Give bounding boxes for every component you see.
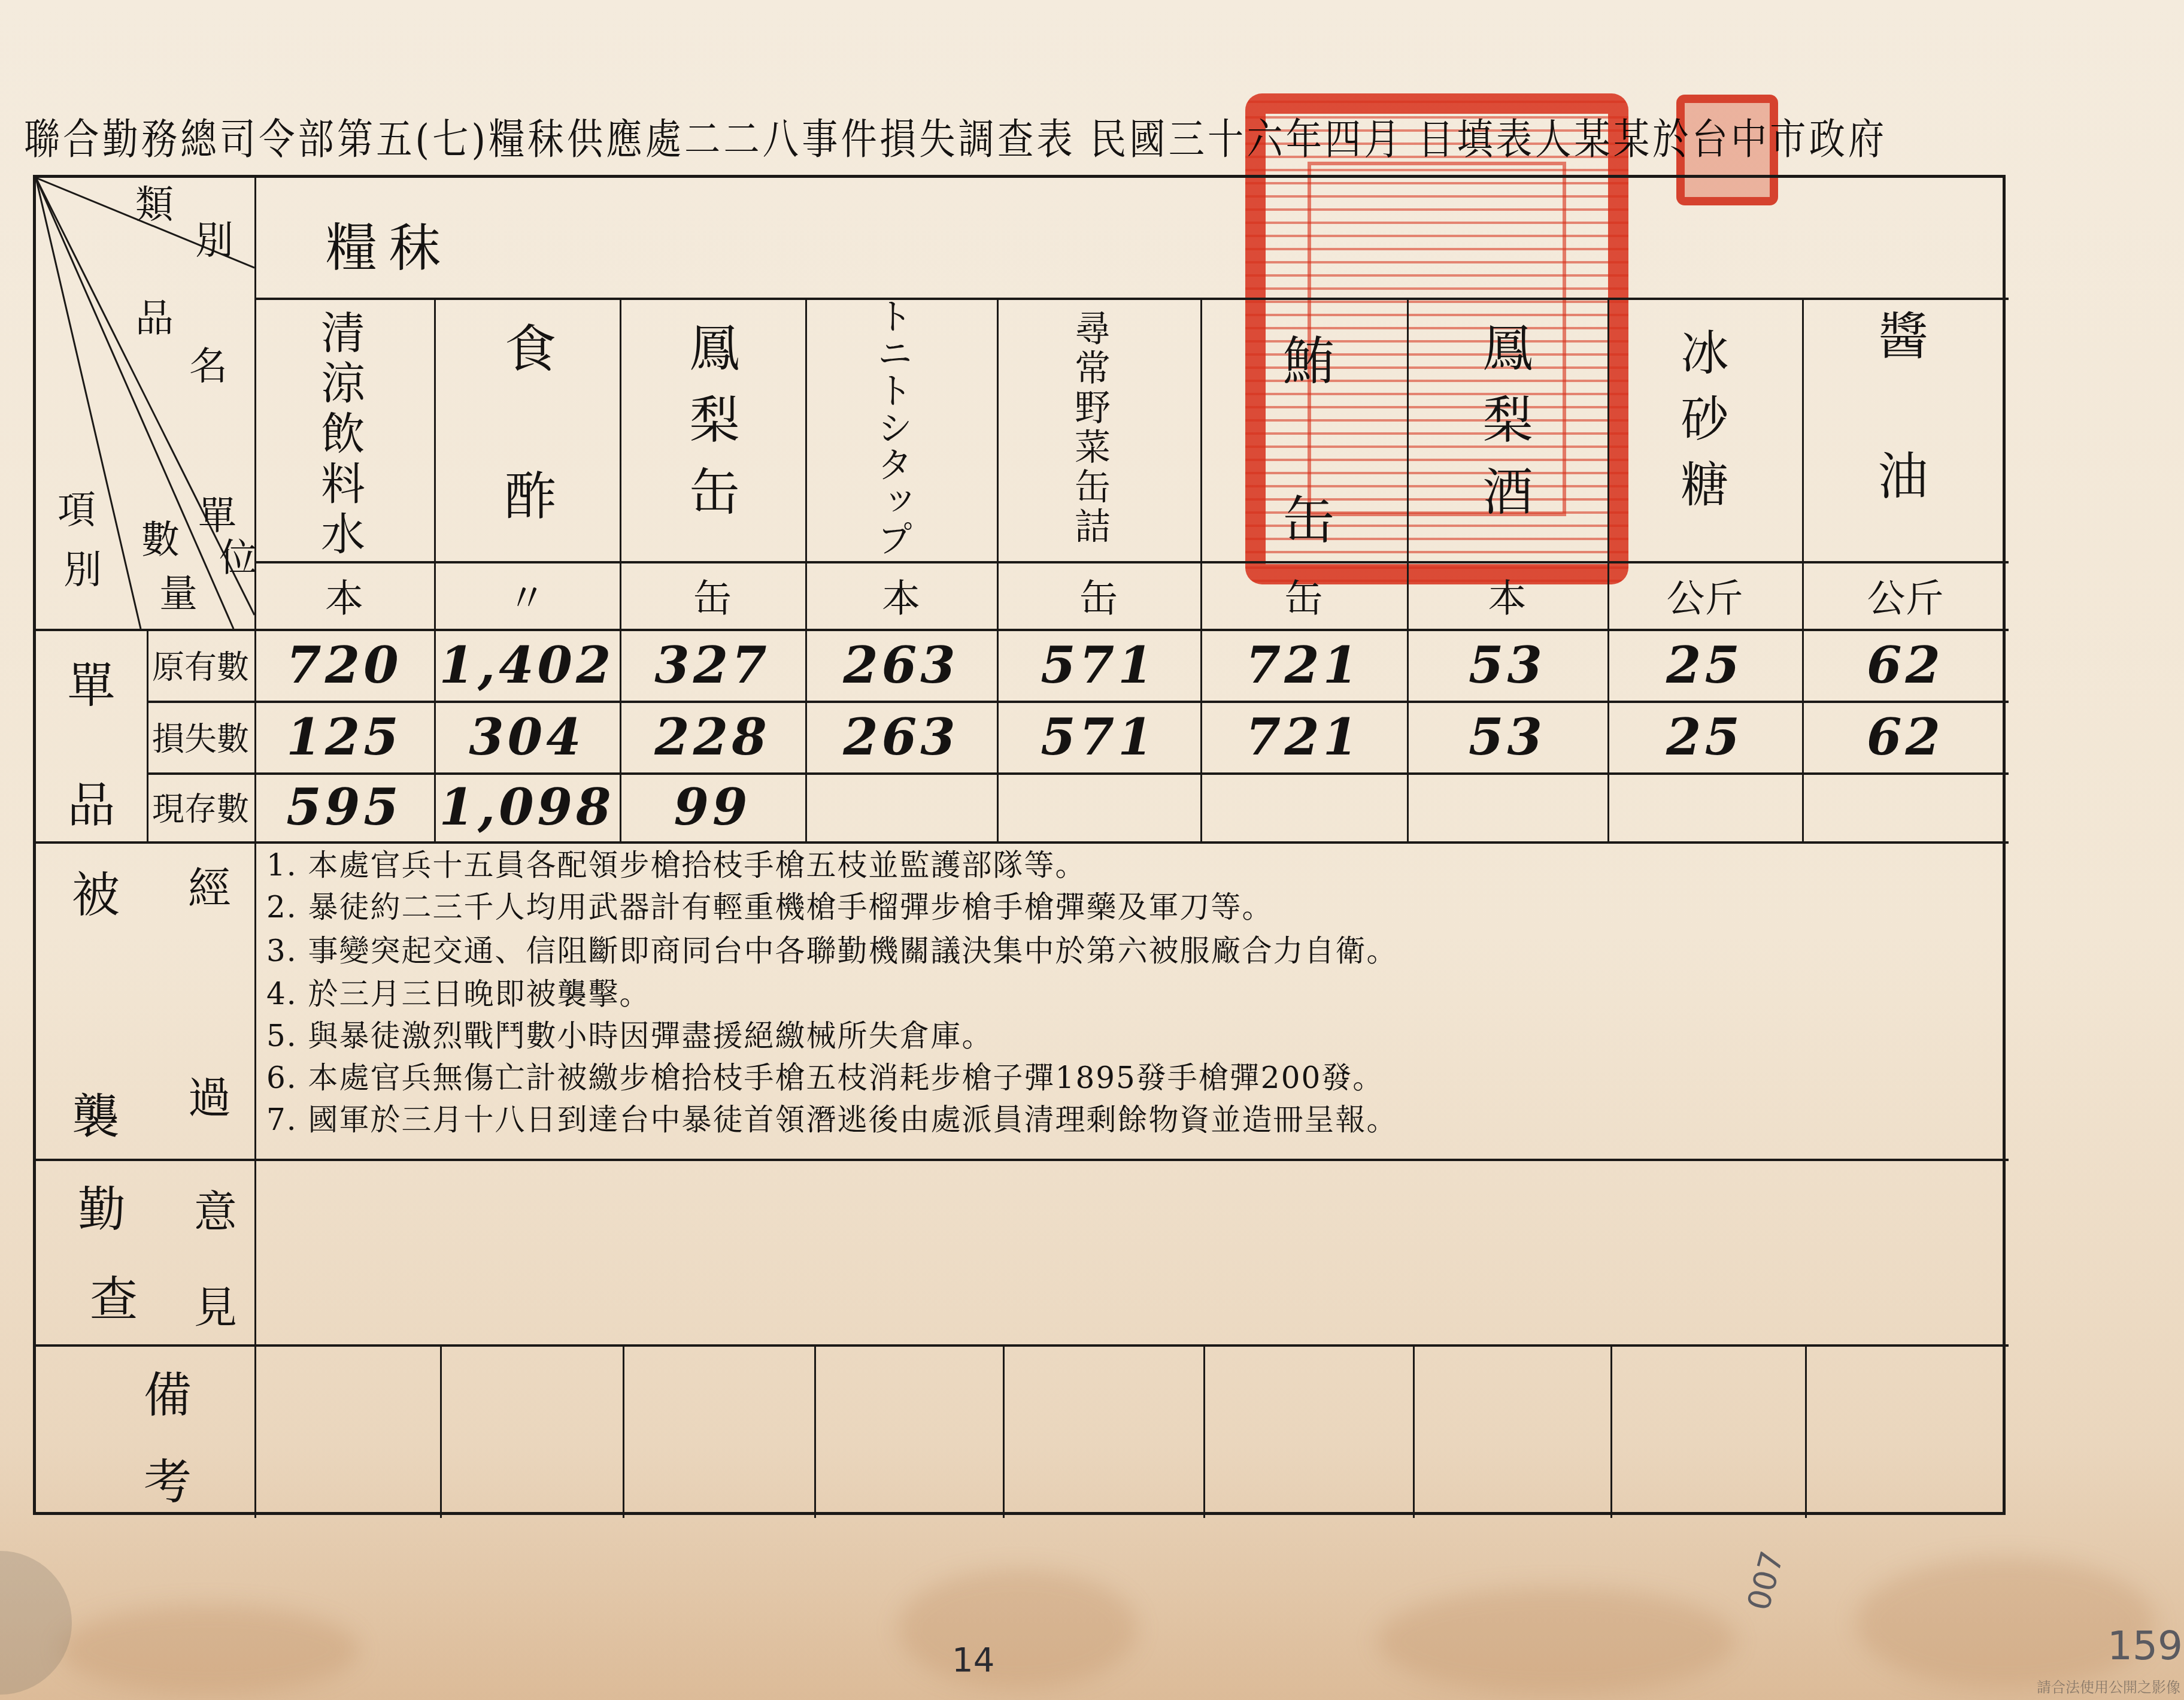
row-group-label: 單 <box>36 633 147 729</box>
value-original: 327 <box>620 629 805 701</box>
remark-col-divider <box>623 1344 624 1518</box>
value-original: 721 <box>1200 629 1407 701</box>
value-original: 53 <box>1407 629 1607 701</box>
value-lost: 53 <box>1407 701 1607 772</box>
section-label-remarks: 考 <box>132 1441 204 1513</box>
value-original: 1,402 <box>434 629 620 701</box>
corner-label-category: 別 <box>192 220 230 266</box>
value-lost: 263 <box>805 701 997 772</box>
section-label-opinion: 意 <box>180 1172 251 1244</box>
item-name: 尋常野菜缶詰 <box>1072 310 1108 547</box>
paper-stain <box>60 1605 359 1695</box>
value-lost: 304 <box>434 701 620 772</box>
corner-label-category: 類 <box>132 184 170 231</box>
unit-cell: 缶 <box>1200 561 1407 629</box>
bottom-center-mark: 14 <box>952 1641 994 1680</box>
value-lost: 721 <box>1200 701 1407 772</box>
unit-cell: 〃 <box>434 561 620 629</box>
category-header: 糧秣 <box>299 202 479 286</box>
section-label-opinion: 查 <box>78 1256 150 1334</box>
unit-cell: 公斤 <box>1607 561 1802 629</box>
archive-logo-icon <box>0 1551 72 1695</box>
divider-notes-bottom <box>36 1159 2009 1161</box>
corner-label-item: 項 <box>54 489 92 536</box>
row-label-remaining: 現存數 <box>147 772 254 841</box>
value-original: 25 <box>1607 629 1802 701</box>
incident-note: 3. 事變突起交通、信阻斷即商同台中各聯勤機關議決集中於第六被服廠合力自衛。 <box>266 927 1398 970</box>
section-label-opinion: 見 <box>180 1268 251 1340</box>
item-name: 清涼飲料水 <box>317 310 362 561</box>
section-label-incident: 過 <box>174 1058 245 1130</box>
remark-col-divider <box>1610 1344 1612 1518</box>
value-lost: 571 <box>997 701 1200 772</box>
value-original: 62 <box>1802 629 2009 701</box>
section-label-incident: 經 <box>174 849 245 920</box>
divider-label-col <box>254 178 256 1518</box>
corner-label-name: 名 <box>186 346 224 392</box>
divider-category <box>254 298 2009 300</box>
incident-note: 6. 本處官兵無傷亡計被繳步槍拾枝手槍五枝消耗步槍子彈1895發手槍彈200發。 <box>266 1054 1384 1097</box>
section-label-opinion: 勤 <box>66 1166 138 1244</box>
incident-note: 1. 本處官兵十五員各配領步槍拾枝手槍五枝並監護部隊等。 <box>266 841 1087 884</box>
value-original: 720 <box>254 629 434 701</box>
archive-number-pencil: 007 <box>1741 1547 1791 1614</box>
section-label-remarks: 備 <box>132 1351 204 1429</box>
unit-cell: 本 <box>1407 561 1607 629</box>
section-label-incident: 被 <box>60 849 132 932</box>
remark-col-divider <box>814 1344 816 1518</box>
corner-label-item: 別 <box>60 549 98 596</box>
remark-col-divider <box>1413 1344 1415 1518</box>
remark-col-divider <box>1805 1344 1807 1518</box>
paper-stain <box>1377 1587 1736 1695</box>
divider-opinion-bottom <box>36 1344 2009 1347</box>
corner-label-quantity: 數 <box>138 519 176 566</box>
remark-col-divider <box>1003 1344 1005 1518</box>
incident-note: 7. 國軍於三月十八日到達台中暴徒首領潛逃後由處派員清理剩餘物資並造冊呈報。 <box>266 1096 1398 1139</box>
item-name: 醬油 <box>1874 310 1924 590</box>
paper-stain <box>898 1569 1137 1689</box>
value-lost: 125 <box>254 701 434 772</box>
section-label-incident: 襲 <box>60 1070 132 1154</box>
unit-cell: 缶 <box>620 561 805 629</box>
row-label-lost: 損失數 <box>147 701 254 772</box>
row-group-label: 品 <box>36 753 147 849</box>
incident-note: 4. 於三月三日晚即被襲擊。 <box>266 970 651 1013</box>
value-original: 263 <box>805 629 997 701</box>
corner-label-quantity: 量 <box>156 573 194 620</box>
corner-label-unit: 位 <box>216 537 254 584</box>
value-remaining: 1,098 <box>434 772 620 841</box>
unit-cell: 缶 <box>997 561 1200 629</box>
corner-label-unit: 單 <box>195 495 233 542</box>
item-name: 冰砂糖 <box>1676 328 1724 525</box>
unit-cell: 本 <box>805 561 997 629</box>
value-remaining: 595 <box>254 772 434 841</box>
row-label-original: 原有數 <box>147 629 254 701</box>
value-lost: 62 <box>1802 701 2009 772</box>
page-number: 159 <box>2107 1623 2183 1669</box>
item-name: 鳳梨缶 <box>685 322 736 537</box>
remark-col-divider <box>440 1344 442 1518</box>
usage-watermark: 請合法使用公開之影像 <box>2037 1675 2180 1696</box>
unit-cell: 本 <box>254 561 434 629</box>
value-lost: 25 <box>1607 701 1802 772</box>
value-original: 571 <box>997 629 1200 701</box>
value-lost: 228 <box>620 701 805 772</box>
incident-note: 2. 暴徒約二三千人均用武器計有輕重機槍手榴彈步槍手槍彈藥及軍刀等。 <box>266 883 1273 926</box>
unit-cell: 公斤 <box>1802 561 2009 629</box>
incident-note: 5. 與暴徒激烈戰鬥數小時因彈盡援絕繳械所失倉庫。 <box>266 1012 993 1055</box>
item-name: 鳳梨酒 <box>1479 322 1529 537</box>
remark-col-divider <box>1203 1344 1205 1518</box>
value-remaining: 99 <box>620 772 805 841</box>
corner-label-name: 品 <box>132 298 170 344</box>
item-name: トニトシタップ <box>874 298 910 557</box>
